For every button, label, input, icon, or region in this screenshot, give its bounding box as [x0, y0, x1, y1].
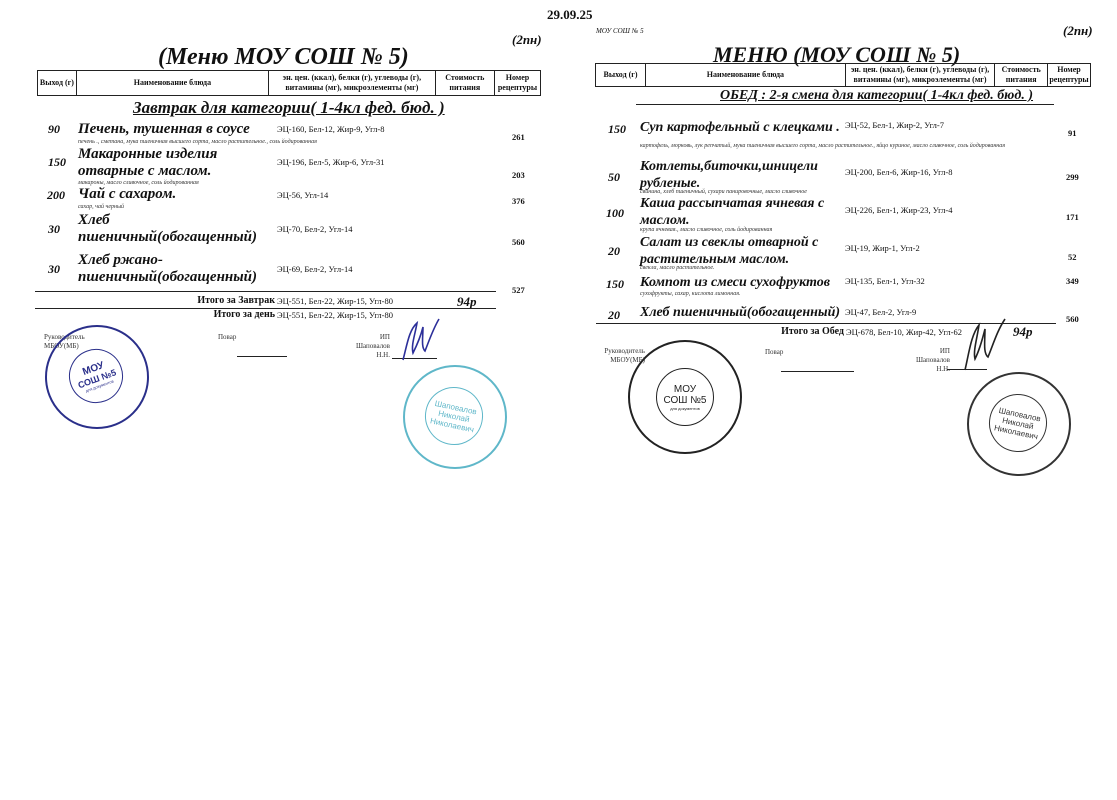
item-recipe: 52: [1068, 252, 1077, 262]
col-cost: Стоимость питания: [995, 64, 1048, 87]
item-ingredients: свекла, масло растительное.: [640, 265, 715, 271]
item-nutrition: ЭЦ-226, Бел-1, Жир-23, Угл-4: [845, 205, 952, 215]
item-recipe: 91: [1068, 128, 1077, 138]
col-nutrition: эн. цен. (ккал), белки (г), углеводы (г)…: [845, 64, 995, 87]
supplier-stamp: Шаповалов Николай Николаевич: [967, 372, 1071, 476]
item-name: Макаронные изделия отварные с маслом.: [78, 146, 278, 180]
item-name: Суп картофельный с клецками .: [640, 119, 850, 136]
divider: [35, 291, 496, 292]
supplier-label: ИП Шаповалов Н.Н.: [345, 333, 390, 360]
item-name: Хлеб ржано-пшеничный(обогащенный): [78, 252, 278, 286]
item-nutrition: ЭЦ-70, Бел-2, Угл-14: [277, 224, 352, 234]
item-ingredients: картофель, морковь, лук репчатый, мука п…: [640, 142, 1020, 151]
item-recipe: 560: [512, 237, 525, 247]
item-name: Хлеб пшеничный(обогащенный): [78, 212, 278, 246]
item-nutrition: ЭЦ-19, Жир-1, Угл-2: [845, 243, 920, 253]
stamp-text: СОШ №5: [663, 395, 706, 406]
meal-section-title: Завтрак для категории( 1-4кл фед. бюд. ): [133, 98, 445, 118]
cook-label: Повар: [765, 348, 783, 356]
total-day-label: Итого за день: [140, 309, 275, 320]
weekday-label: (2пн): [512, 32, 542, 48]
item-qty: 150: [48, 155, 66, 170]
menu-header-table: Выход (г) Наименование блюда эн. цен. (к…: [37, 70, 541, 96]
stamp-text: МОУ: [674, 384, 696, 395]
meal-price: 94р: [1013, 324, 1033, 340]
meal-section-title: ОБЕД : 2-я смена для категории( 1-4кл фе…: [720, 88, 1033, 104]
item-name: Компот из смеси сухофруктов: [640, 274, 840, 291]
cook-label: Повар: [218, 333, 236, 341]
col-cost: Стоимость питания: [435, 71, 494, 96]
item-qty: 30: [48, 262, 60, 277]
col-recipe: Номер рецептуры: [494, 71, 540, 96]
item-ingredients: сахар, чай черный: [78, 204, 124, 210]
cook-signature-line: [781, 371, 854, 372]
supplier-label: ИП Шаповалов Н.Н.: [905, 347, 950, 374]
signature-scribble: [955, 315, 1010, 375]
item-name: Печень, тушенная в соусе: [78, 121, 278, 138]
total-meal-value: ЭЦ-551, Бел-22, Жир-15, Угл-80: [277, 296, 393, 306]
item-nutrition: ЭЦ-56, Угл-14: [277, 190, 328, 200]
weekday-label: (2пн): [1063, 23, 1093, 39]
total-meal-label: Итого за Обед: [700, 326, 844, 337]
item-nutrition: ЭЦ-47, Бел-2, Угл-9: [845, 307, 916, 317]
menu-header-table: Выход (г) Наименование блюда эн. цен. (к…: [595, 63, 1091, 87]
item-nutrition: ЭЦ-69, Бел-2, Угл-14: [277, 264, 352, 274]
col-dish-name: Наименование блюда: [76, 71, 268, 96]
item-name: Котлеты,биточки,шницели рубленые.: [640, 158, 840, 192]
item-recipe: 349: [1066, 276, 1079, 286]
org-small-label: МОУ СОШ № 5: [596, 27, 644, 35]
item-qty: 20: [608, 244, 620, 259]
item-qty: 20: [608, 308, 620, 323]
item-qty: 150: [606, 277, 624, 292]
item-ingredients: крупа ячневая., масло сливочное, соль йо…: [640, 227, 772, 233]
total-meal-label: Итого за Завтрак: [140, 295, 275, 306]
item-qty: 150: [608, 122, 626, 137]
item-name: Чай с сахаром.: [78, 186, 278, 203]
item-qty: 200: [47, 188, 65, 203]
item-recipe: 203: [512, 170, 525, 180]
divider: [636, 104, 1054, 105]
col-output: Выход (г): [38, 71, 77, 96]
item-recipe: 560: [1066, 314, 1079, 324]
item-nutrition: ЭЦ-196, Бел-5, Жир-6, Угл-31: [277, 157, 384, 167]
item-recipe: 171: [1066, 212, 1079, 222]
item-nutrition: ЭЦ-135, Бел-1, Угл-32: [845, 276, 925, 286]
total-day-value: ЭЦ-551, Бел-22, Жир-15, Угл-80: [277, 310, 393, 320]
item-recipe: 376: [512, 196, 525, 206]
item-recipe: 527: [512, 285, 525, 295]
item-name: Каша рассыпчатая ячневая с маслом.: [640, 195, 840, 229]
page-title: (Меню МОУ СОШ № 5): [158, 44, 409, 71]
item-qty: 90: [48, 122, 60, 137]
item-recipe: 299: [1066, 172, 1079, 182]
item-ingredients: печень ., сметана, мука пшеничная высшег…: [78, 139, 317, 145]
item-name: Салат из свеклы отварной с растительным …: [640, 234, 840, 268]
school-stamp: МОУ СОШ №5 для документов: [45, 325, 149, 429]
item-qty: 30: [48, 222, 60, 237]
total-meal-value: ЭЦ-678, Бел-10, Жир-42, Угл-62: [846, 327, 962, 337]
item-nutrition: ЭЦ-160, Бел-12, Жир-9, Угл-8: [277, 124, 384, 134]
signature-scribble: [395, 315, 445, 365]
item-nutrition: ЭЦ-200, Бел-6, Жир-16, Угл-8: [845, 167, 952, 177]
col-recipe: Номер рецептуры: [1048, 64, 1091, 87]
col-dish-name: Наименование блюда: [646, 64, 846, 87]
item-qty: 50: [608, 170, 620, 185]
item-recipe: 261: [512, 132, 525, 142]
item-name: Хлеб пшеничный(обогащенный): [640, 304, 860, 321]
cook-signature-line: [237, 356, 287, 357]
col-output: Выход (г): [596, 64, 646, 87]
director-label: Руководитель МБОУ(МБ): [595, 347, 645, 365]
col-nutrition: эн. цен. (ккал), белки (г), углеводы (г)…: [269, 71, 436, 96]
supplier-stamp: Шаповалов Николай Николаевич: [403, 365, 507, 469]
school-stamp: МОУ СОШ №5 для документов: [628, 340, 742, 454]
item-nutrition: ЭЦ-52, Бел-1, Жир-2, Угл-7: [845, 120, 944, 130]
item-ingredients: сухофрукты, сахар, кислота лимонная.: [640, 291, 741, 297]
stamp-text: для документов: [670, 406, 700, 411]
item-qty: 100: [606, 206, 624, 221]
document-date: 29.09.25: [547, 7, 593, 23]
